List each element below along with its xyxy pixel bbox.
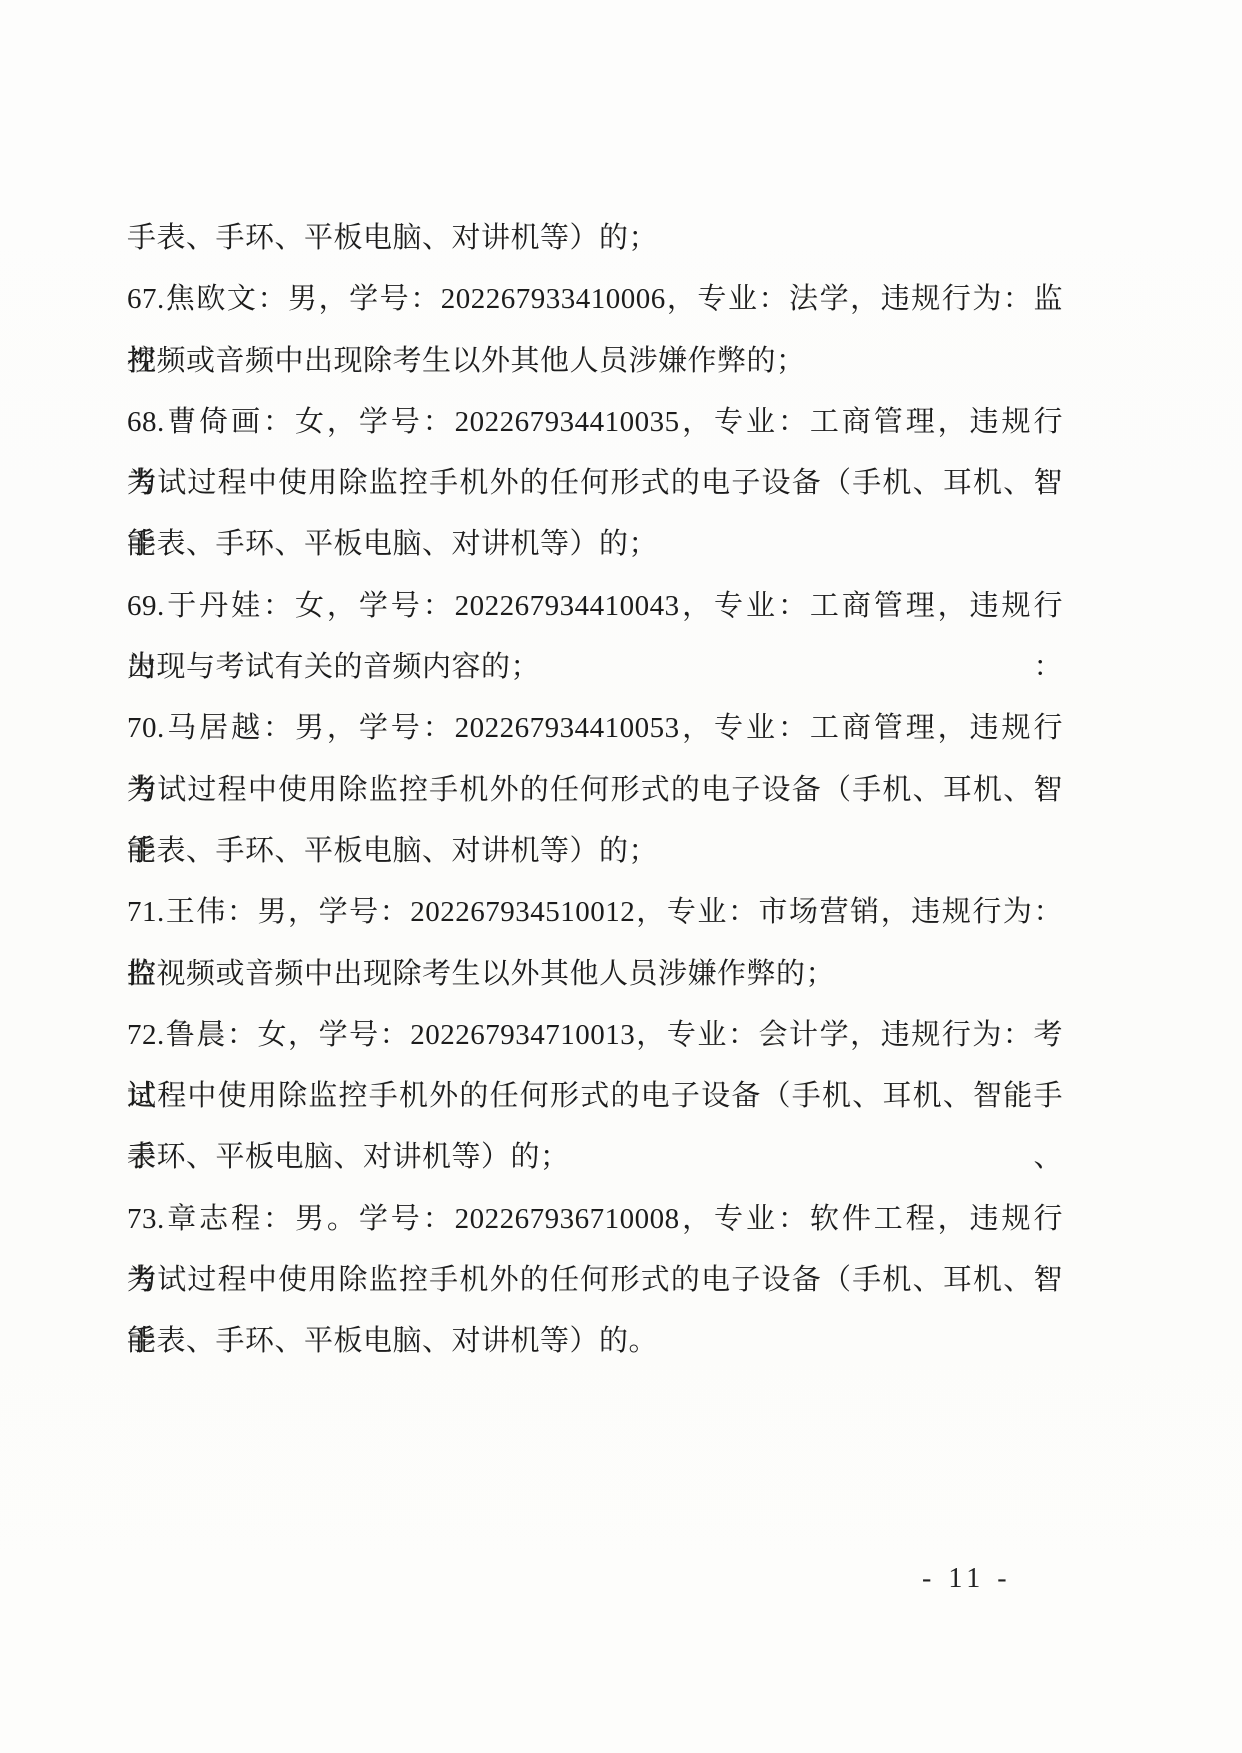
doc-line: 73.章志程：男。学号：202267936710008，专业：软件工程，违规行为… — [127, 1189, 1063, 1250]
doc-line: 67.焦欧文：男，学号：202267933410006，专业：法学，违规行为：监… — [127, 269, 1063, 330]
doc-line: 手表、手环、平板电脑、对讲机等）的； — [127, 514, 1063, 575]
doc-line: 手表、手环、平板电脑、对讲机等）的； — [127, 821, 1063, 882]
doc-line: 69.于丹娃：女，学号：202267934410043，专业：工商管理，违规行为… — [127, 576, 1063, 637]
doc-line: 68.曹倚画：女，学号：202267934410035，专业：工商管理，违规行为… — [127, 392, 1063, 453]
doc-line: 手表、手环、平板电脑、对讲机等）的。 — [127, 1311, 1063, 1372]
doc-line: 考试过程中使用除监控手机外的任何形式的电子设备（手机、耳机、智能 — [127, 1250, 1063, 1311]
doc-line: 视频或音频中出现除考生以外其他人员涉嫌作弊的； — [127, 331, 1063, 392]
doc-line: 72.鲁晨：女，学号：202267934710013，专业：会计学，违规行为：考… — [127, 1005, 1063, 1066]
doc-line: 70.马居越：男，学号：202267934410053，专业：工商管理，违规行为… — [127, 698, 1063, 759]
doc-line: 71.王伟：男，学号：202267934510012，专业：市场营销，违规行为：… — [127, 882, 1063, 943]
document-text-block: 手表、手环、平板电脑、对讲机等）的； 67.焦欧文：男，学号：202267933… — [127, 208, 1063, 1373]
doc-line: 考试过程中使用除监控手机外的任何形式的电子设备（手机、耳机、智能 — [127, 760, 1063, 821]
doc-line: 考试过程中使用除监控手机外的任何形式的电子设备（手机、耳机、智能 — [127, 453, 1063, 514]
doc-line: 控视频或音频中出现除考生以外其他人员涉嫌作弊的； — [127, 944, 1063, 1005]
page-number: - 11 - — [922, 1563, 1012, 1595]
doc-line: 过程中使用除监控手机外的任何形式的电子设备（手机、耳机、智能手表、 — [127, 1066, 1063, 1127]
doc-line: 手表、手环、平板电脑、对讲机等）的； — [127, 208, 1063, 269]
